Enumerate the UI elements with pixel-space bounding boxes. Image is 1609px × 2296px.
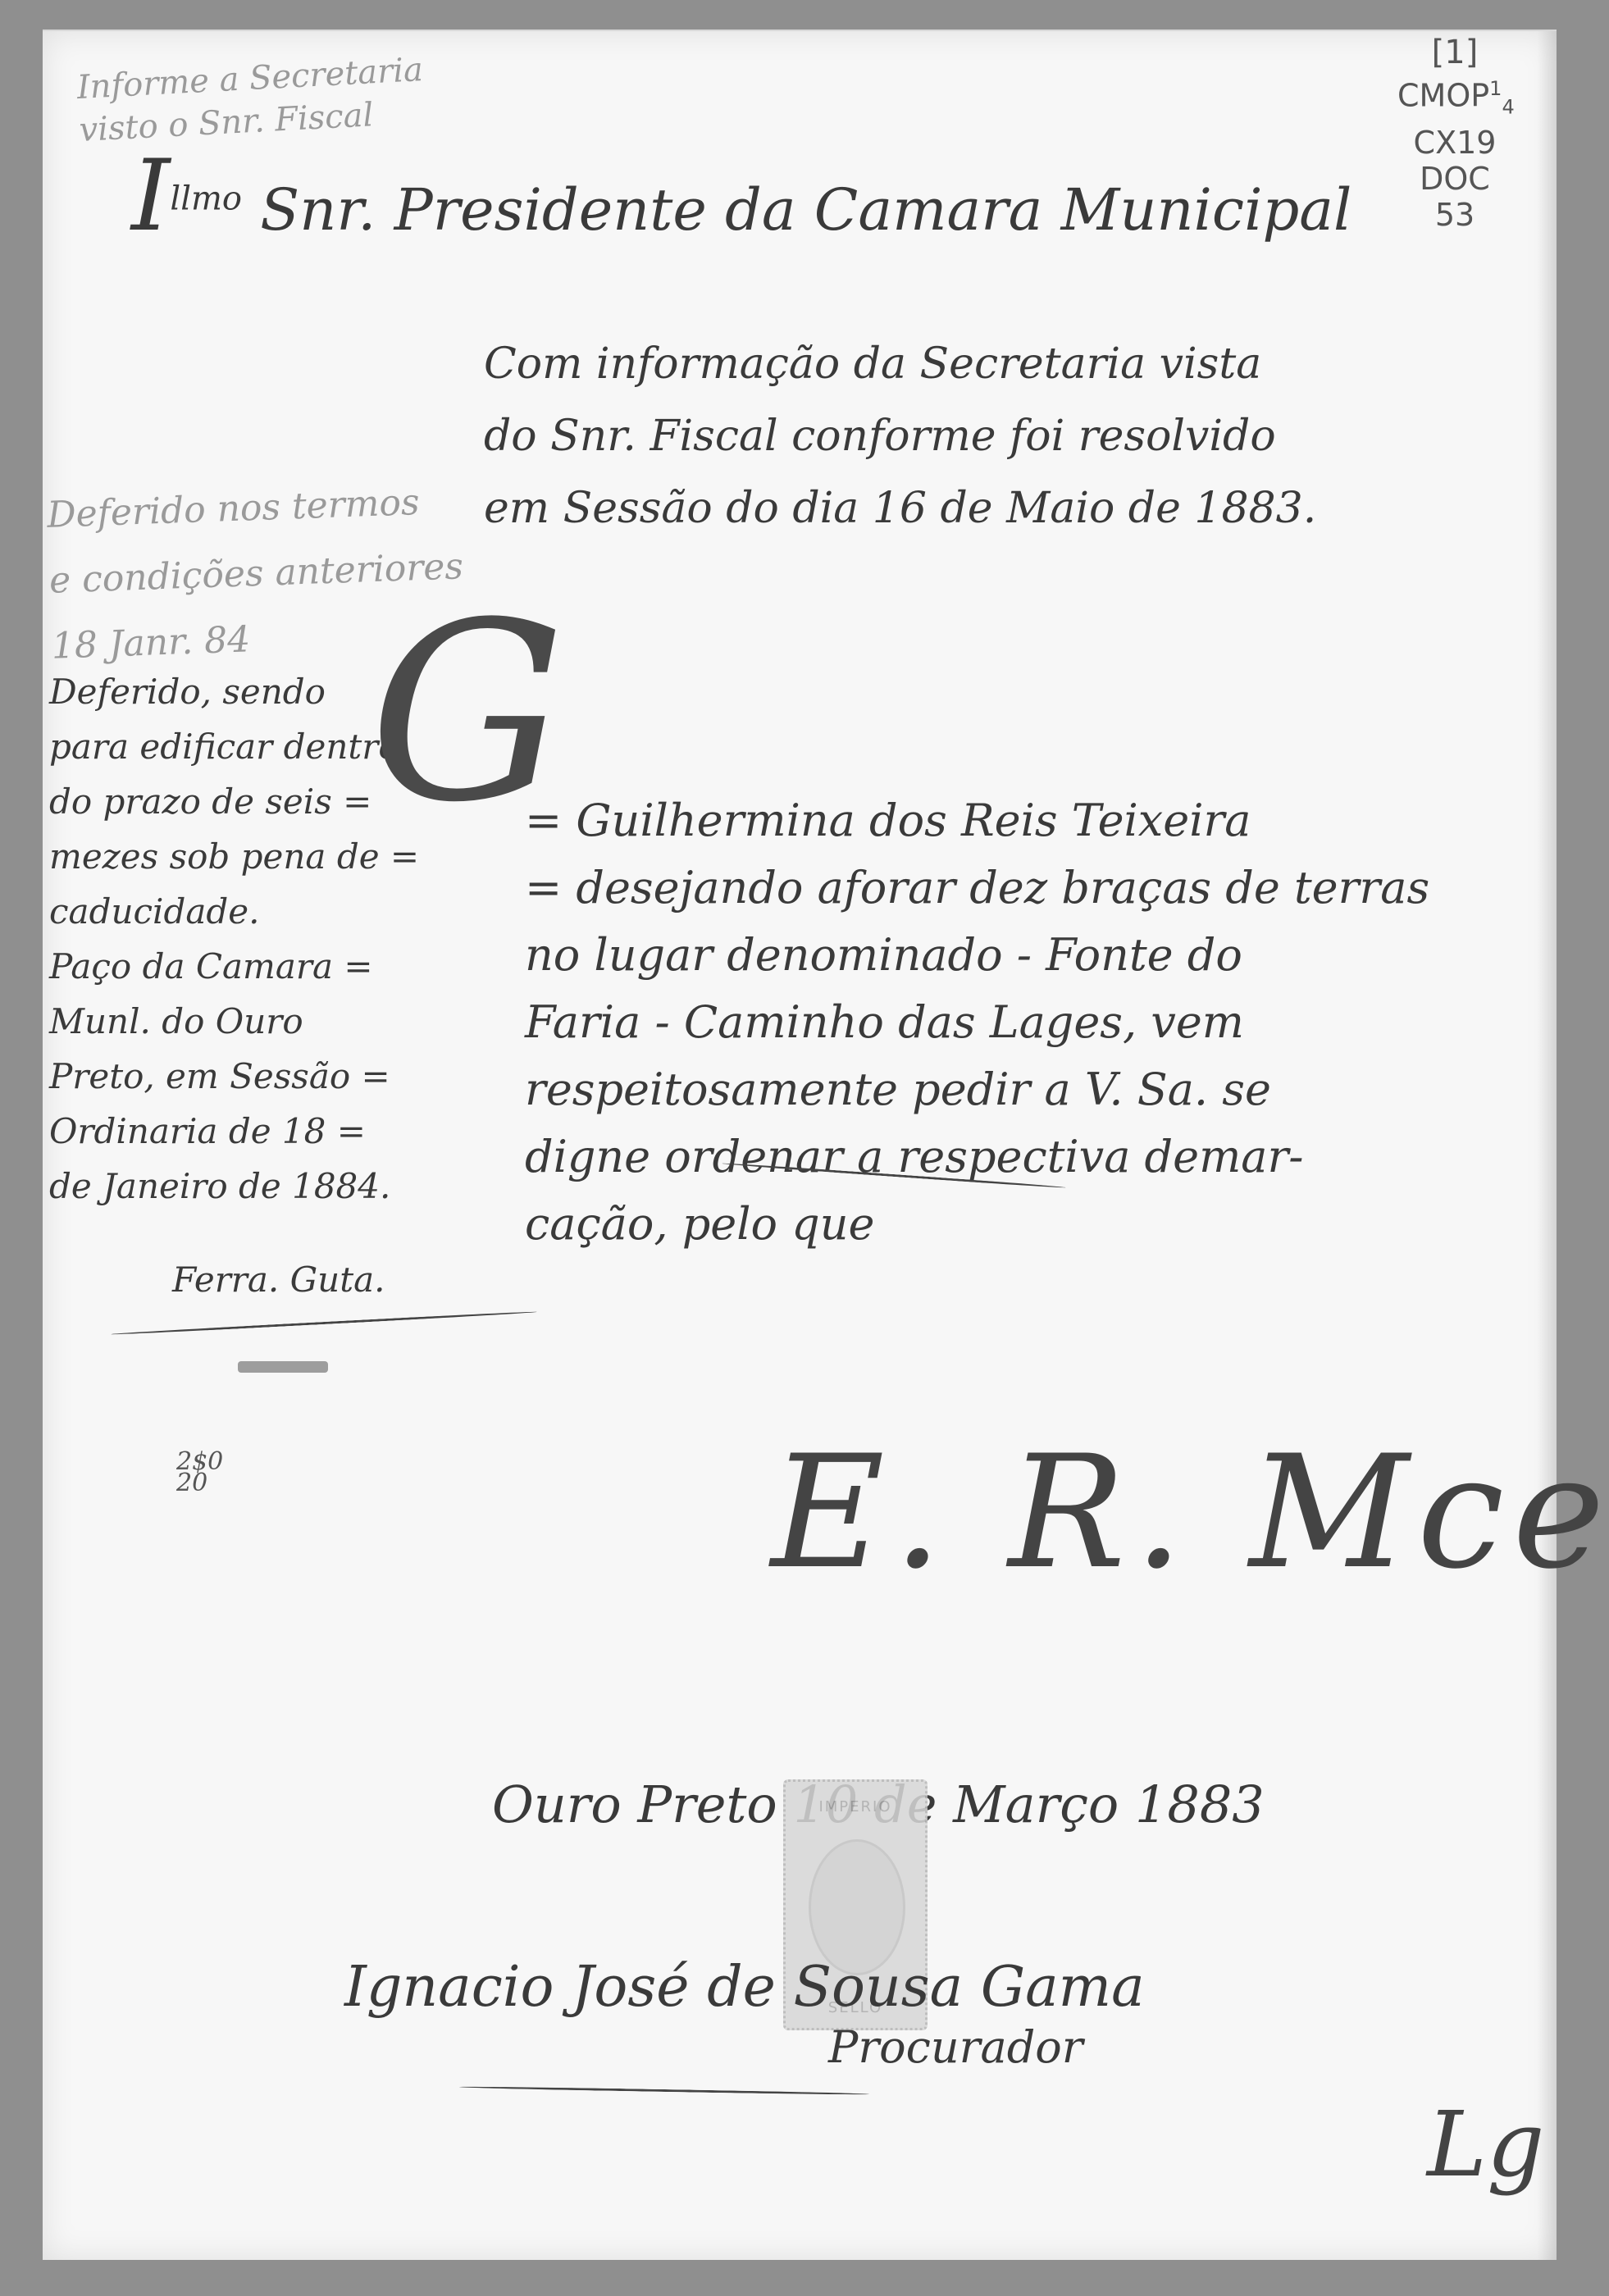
- faint-top-annotation: Informe a Secretaria visto o Snr. Fiscal: [76, 48, 426, 152]
- stamp-top-text: IMPERIO: [786, 1798, 925, 1815]
- corner-rubric: Lg: [1427, 2099, 1544, 2189]
- salutation-abbrev: llmo: [170, 180, 242, 218]
- page-marker: [1]: [1397, 34, 1512, 71]
- salutation: Illmo Snr. Presidente da Camara Municipa…: [131, 148, 1351, 246]
- salutation-text: Snr. Presidente da Camara Municipal: [260, 176, 1351, 244]
- signatory-name: Ignacio José de Sousa Gama: [344, 1960, 1145, 2016]
- dispatch-1883: Com informação da Secretaria vista do Sn…: [484, 328, 1316, 544]
- fraction-note: 2$0 20: [176, 1451, 223, 1494]
- petition-body: = Guilhermina dos Reis Teixeira = deseja…: [525, 787, 1429, 1258]
- closing-formula: E. R. Mce.: [771, 1435, 1609, 1591]
- council-signature: Ferra. Guta.: [172, 1263, 385, 1297]
- box-code: CX19: [1397, 125, 1512, 161]
- ink-blot: [238, 1361, 328, 1373]
- signatory-title: Procurador: [828, 2025, 1083, 2070]
- archive-label: [1] CMOP14 CX19 DOC 53: [1397, 34, 1512, 233]
- margin-decision: Deferido, sendo para edificar dentro do …: [49, 664, 419, 1214]
- fund-code: CMOP14: [1397, 71, 1512, 125]
- salutation-initial: I: [131, 139, 170, 253]
- doc-code: DOC 53: [1397, 161, 1512, 233]
